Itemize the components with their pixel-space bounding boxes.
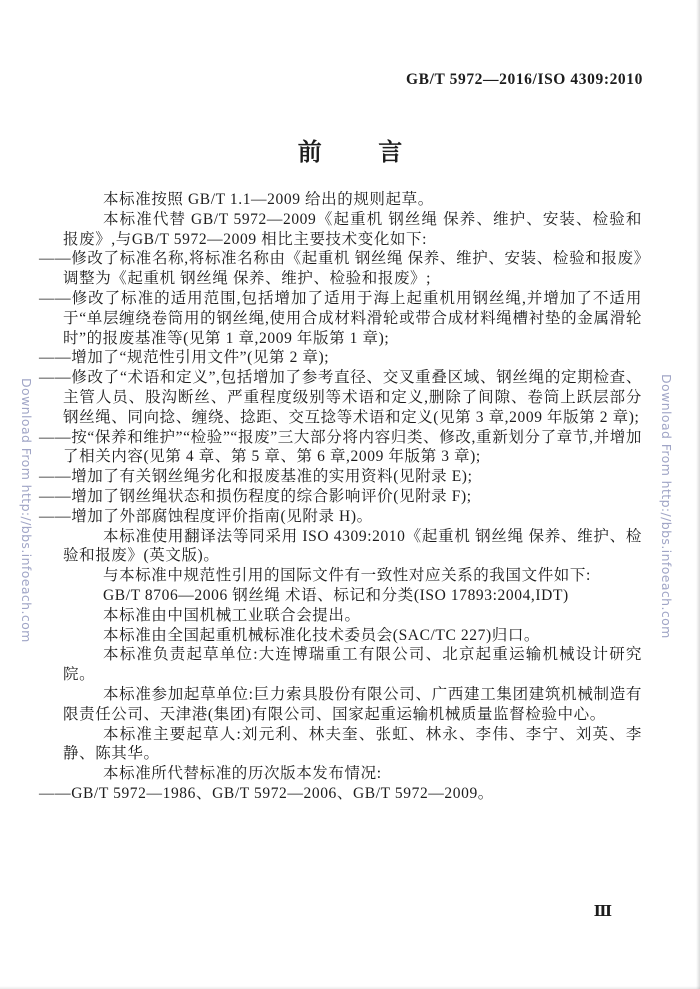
scan-edge-right <box>696 0 700 989</box>
watermark-right: Download From http://bbs.infoeach.com <box>659 374 674 639</box>
foreword-paragraph: 与本标准中规范性引用的国际文件有一致性对应关系的我国文件如下: <box>63 566 642 586</box>
foreword-change-item: ——增加了“规范性引用文件”(见第 2 章); <box>63 348 642 368</box>
page-title: 前 言 <box>0 132 700 167</box>
foreword-change-item: ——修改了标准名称,将标准名称由《起重机 钢丝绳 保养、维护、安装、检验和报废》… <box>63 249 642 289</box>
foreword-paragraph: 本标准代替 GB/T 5972—2009《起重机 钢丝绳 保养、维护、安装、检验… <box>63 210 642 250</box>
page-number: Ⅲ <box>594 902 612 921</box>
foreword-change-item: ——修改了标准的适用范围,包括增加了适用于海上起重机用钢丝绳,并增加了不适用于“… <box>63 289 642 348</box>
foreword-change-item: ——增加了外部腐蚀程度评价指南(见附录 H)。 <box>63 507 642 527</box>
foreword-paragraph: 本标准使用翻译法等同采用 ISO 4309:2010《起重机 钢丝绳 保养、维护… <box>63 527 642 567</box>
foreword-change-item: ——按“保养和维护”“检验”“报废”三大部分将内容归类、修改,重新划分了章节,并… <box>63 428 642 468</box>
foreword-paragraph: 本标准主要起草人:刘元利、林夫奎、张虹、林永、李伟、李宁、刘英、李静、陈其华。 <box>63 725 642 765</box>
foreword-paragraph: 本标准参加起草单位:巨力索具股份有限公司、广西建工集团建筑机械制造有限责任公司、… <box>63 685 642 725</box>
foreword-paragraph: 本标准按照 GB/T 1.1—2009 给出的规则起草。 <box>63 190 642 210</box>
watermark-left: Download From http://bbs.infoeach.com <box>19 378 34 643</box>
foreword-paragraph: 本标准由全国起重机械标准化技术委员会(SAC/TC 227)归口。 <box>63 626 642 646</box>
document-page: Download From http://bbs.infoeach.com Do… <box>0 0 700 989</box>
foreword-change-item: ——修改了“术语和定义”,包括增加了参考直径、交叉重叠区域、钢丝绳的定期检查、主… <box>63 368 642 427</box>
foreword-paragraph: 本标准所代替标准的历次版本发布情况: <box>63 764 642 784</box>
foreword-history-item: ——GB/T 5972—1986、GB/T 5972—2006、GB/T 597… <box>63 784 642 804</box>
foreword-change-item: ——增加了有关钢丝绳劣化和报废基准的实用资料(见附录 E); <box>63 467 642 487</box>
foreword-change-item: ——增加了钢丝绳状态和损伤程度的综合影响评价(见附录 F); <box>63 487 642 507</box>
foreword-body: 本标准按照 GB/T 1.1—2009 给出的规则起草。 本标准代替 GB/T … <box>63 190 642 804</box>
foreword-paragraph: 本标准负责起草单位:大连博瑞重工有限公司、北京起重运输机械设计研究院。 <box>63 645 642 685</box>
foreword-reference: GB/T 8706—2006 钢丝绳 术语、标记和分类(ISO 17893:20… <box>63 586 642 606</box>
standard-code: GB/T 5972—2016/ISO 4309:2010 <box>406 71 643 89</box>
foreword-paragraph: 本标准由中国机械工业联合会提出。 <box>63 606 642 626</box>
